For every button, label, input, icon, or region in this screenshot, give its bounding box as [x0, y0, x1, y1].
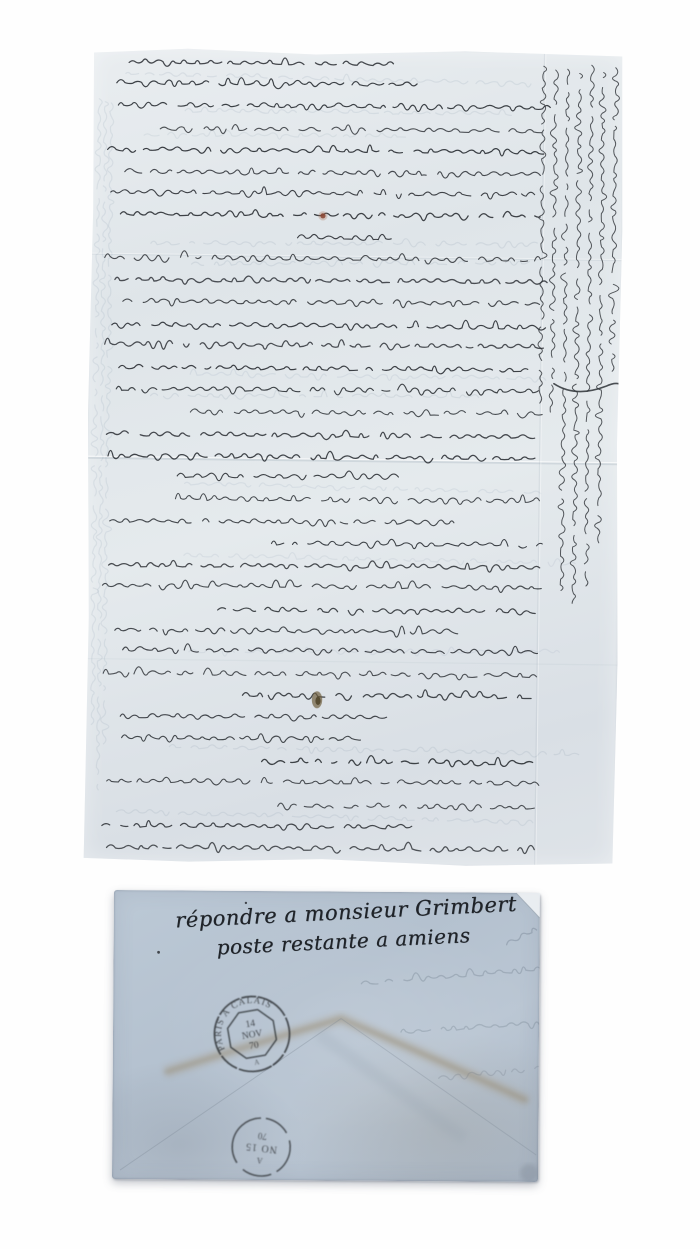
- diagonal-stain: [317, 1033, 465, 1138]
- handwriting-line: [262, 755, 533, 768]
- handwriting-line: [106, 429, 534, 441]
- handwriting-line: [361, 962, 540, 986]
- envelope-ink-layer: PARIS A CALAIS 14 NOV 70 A A NO 15 70: [112, 890, 540, 1182]
- fold-creases: [82, 46, 625, 868]
- handwriting-line: [298, 234, 392, 241]
- ink-speck: [157, 951, 160, 954]
- handwriting-line: [175, 492, 539, 504]
- handwriting-line: [103, 667, 536, 681]
- handwriting-line: [160, 124, 541, 136]
- handwriting-line: [107, 840, 535, 854]
- envelope-flap-stains: [120, 890, 540, 1182]
- handwriting-line: [218, 607, 536, 617]
- handwriting-line: [192, 260, 530, 268]
- handwriting-line: [120, 713, 386, 721]
- handwriting-line: [115, 275, 547, 287]
- ink-speck: [245, 902, 247, 904]
- handwriting-line: [122, 733, 361, 744]
- corner-wear: [520, 1164, 538, 1182]
- handwriting-line: [100, 103, 117, 744]
- handwriting-line: [185, 481, 541, 496]
- handwriting-line: [547, 70, 559, 412]
- handwriting-line: [554, 383, 624, 392]
- handwriting-line: [111, 186, 535, 200]
- handwriting-line: [88, 99, 105, 725]
- handwriting-line: [569, 73, 584, 603]
- handwriting-line: [125, 167, 541, 179]
- photo-background: PARIS A CALAIS 14 NOV 70 A A NO 15 70 ré…: [0, 0, 700, 1249]
- letter-ink-layer: [82, 46, 625, 868]
- handwriting-line: [594, 72, 608, 542]
- handwriting-line: [557, 69, 571, 590]
- letter-sheet: [82, 46, 625, 868]
- handwriting-line: [278, 802, 535, 811]
- handwriting-line: [271, 538, 542, 550]
- handwriting-line: [129, 57, 393, 68]
- handwriting-line: [123, 298, 540, 309]
- handwriting-line: [401, 1019, 540, 1037]
- receiving-line1: NO 15: [245, 1140, 278, 1154]
- envelope-show-through: [360, 895, 540, 1083]
- postmark-receiving-inverted: A NO 15 70: [229, 1115, 293, 1179]
- handwriting-line: [608, 68, 622, 372]
- receiving-top: A: [256, 1156, 263, 1166]
- handwriting-line: [190, 368, 546, 383]
- postmark-year: 70: [249, 1041, 260, 1052]
- handwriting-line: [144, 130, 405, 140]
- handwriting-line: [190, 408, 542, 419]
- handwriting-line: [583, 65, 596, 586]
- handwriting-line: [242, 689, 531, 702]
- handwriting-line: [105, 338, 544, 352]
- handwriting-line: [108, 143, 544, 156]
- envelope: PARIS A CALAIS 14 NOV 70 A A NO 15 70 ré…: [112, 890, 540, 1182]
- flap-crease-left: [120, 1017, 341, 1172]
- handwriting-line: [118, 102, 550, 113]
- marginal-note: [534, 65, 625, 604]
- handwriting-line: [115, 624, 458, 637]
- handwriting-line: [189, 647, 559, 656]
- handwriting-line: [119, 364, 528, 375]
- show-through-writing: [86, 68, 587, 826]
- handwriting-line: [120, 209, 540, 222]
- handwriting-line: [169, 742, 578, 759]
- handwriting-line: [177, 470, 398, 482]
- receiving-line2: 70: [257, 1131, 268, 1142]
- handwriting-line: [110, 517, 454, 527]
- postmark-day: 14: [245, 1019, 256, 1030]
- postmark-bottom-mark: A: [254, 1058, 260, 1067]
- handwriting-body: [97, 55, 550, 857]
- handwriting-line: [107, 776, 539, 787]
- handwriting-line: [109, 559, 540, 572]
- handwriting-line: [102, 579, 541, 593]
- handwriting-line: [102, 820, 412, 831]
- handwriting-line: [112, 318, 546, 332]
